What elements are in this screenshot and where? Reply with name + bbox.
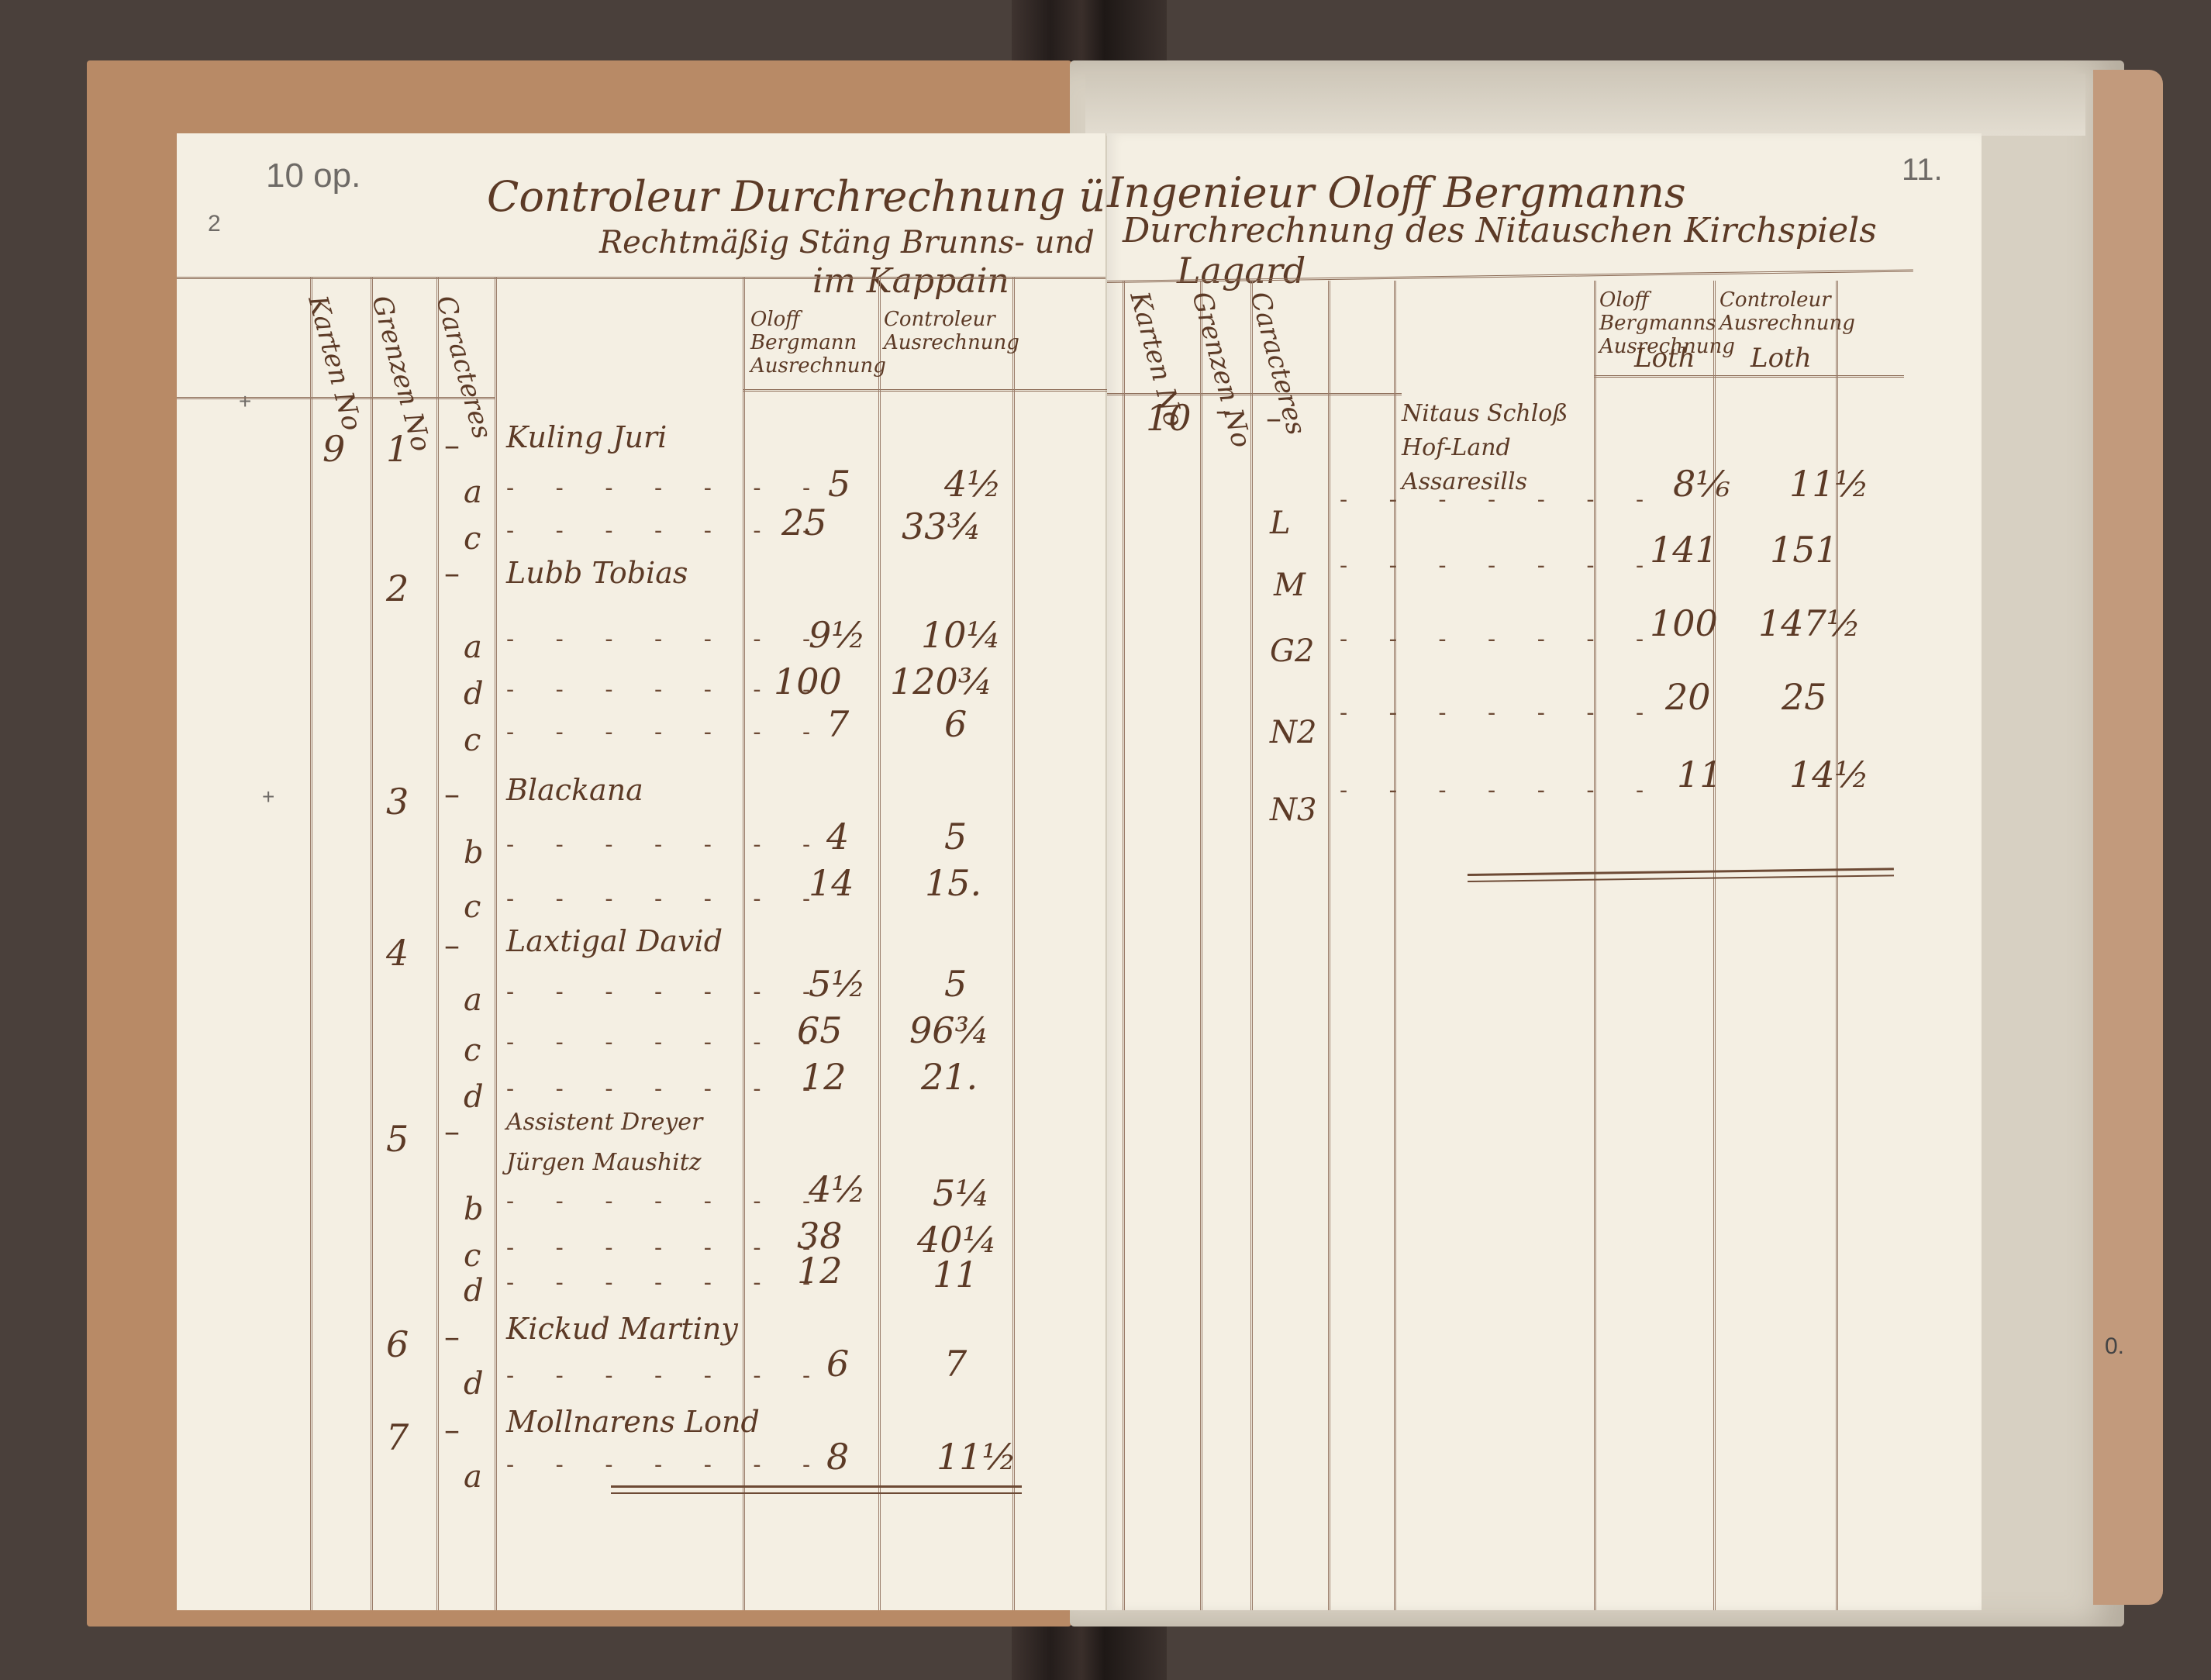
controleur-value: 10¼ [921,614,1001,656]
folio-number: 11. [1902,153,1943,188]
column-rule [1200,281,1202,1610]
margin-mark: 2 [208,211,221,237]
owner-name: Assistent Dreyer Jürgen Maushitz [506,1102,739,1183]
filler-dashes: - - - - - - - [506,1362,827,1389]
estate-name: Nitaus Schloß Hof-Land Assaresills [1402,397,1588,499]
bergmann-value: 8 [826,1436,849,1478]
folio-number: 10 op. [266,157,360,195]
filler-dashes: - - - - - - - [506,1188,827,1215]
karte-no: 9 [323,428,345,470]
caracter: d [464,1079,484,1115]
right-cover-board [2093,70,2163,1605]
caracter: G2 [1270,633,1314,669]
bergmann-value: 5½ [809,963,866,1005]
grenze-no: 2 [386,567,409,609]
right-page: 11. Ingenieur Oloff Bergmanns Durchrechn… [1107,133,1982,1610]
controleur-value: 7 [944,1343,967,1385]
header-bergmann: Oloff Bergmann Ausrechnung [750,308,874,378]
column-rule [878,277,881,1610]
owner-name: Blackana [506,773,643,807]
filler-dashes: - - - - - - - [1340,777,1661,804]
bergmann-value: 6 [826,1343,849,1385]
controleur-value: 5 [944,816,967,857]
grenze-no: 1 [386,428,409,470]
title-rule [177,277,1105,279]
bergmann-value: 8⅙ [1673,463,1730,505]
page-title-line3: im Kappain [812,261,1009,301]
bergmann-value: 4 [826,816,849,857]
caracter: c [464,521,481,557]
controleur-value: 14½ [1789,754,1869,795]
caracter: d [464,1366,484,1402]
caracter: d [464,1273,484,1309]
controleur-value: 5 [944,963,967,1005]
bergmann-value: 7 [826,703,849,745]
filler-dashes: - - - - - - - [506,517,827,544]
filler-dashes: - - - - - - - [1340,552,1661,579]
filler-dashes: - - - - - - - [1340,699,1661,726]
bergmann-value: 100 [1650,602,1718,644]
bergmann-value: 14 [809,862,854,904]
controleur-value: 15. [925,862,981,904]
filler-dashes: - - - - - - - [506,1234,827,1261]
page-title-line1: Controleur Durchrechnung über [487,172,1178,221]
owner-name: Kickud Martiny [506,1312,738,1346]
page-title-line1: Ingenieur Oloff Bergmanns [1107,168,1686,217]
filler-dashes: - - - - - - - [1340,626,1661,653]
caracter: – [444,928,460,964]
owner-name: Mollnarens Lond [506,1405,760,1439]
controleur-value: 147½ [1758,602,1861,644]
owner-name: Kuling Juri [506,420,667,454]
controleur-value: 11½ [936,1436,1016,1478]
edge-mark: 0. [2105,1333,2124,1360]
filler-dashes: - - - - - - - [506,978,827,1006]
page-stack-top-edge [1085,74,2085,136]
caracter: b [464,835,484,871]
caracter: M [1274,567,1306,603]
controleur-value: 11 [933,1254,978,1295]
caracter: – [444,1413,460,1448]
controleur-value: 96¾ [909,1009,989,1051]
filler-dashes: - - - - - - - [506,831,827,858]
header-controleur-unit: Loth [1751,343,1812,374]
caracter: c [464,723,481,758]
bergmann-value: 100 [774,661,842,702]
filler-dashes: - - - - - - - [506,1269,827,1296]
filler-dashes: - - - - - - - [506,474,827,502]
bergmann-value: 25 [781,502,827,543]
filler-dashes: - - - - - - - [1340,486,1661,513]
controleur-value: 33¾ [902,505,981,547]
grenze-no: 4 [386,932,409,974]
bergmann-value: 4½ [809,1168,866,1210]
bergmann-value: 5 [828,463,850,505]
karte-no: 10 [1146,397,1192,439]
caracter: a [464,630,482,665]
header-rule [1594,375,1904,378]
column-rule [1394,281,1396,1610]
controleur-value: 151 [1770,529,1838,571]
caracter: L [1270,505,1291,541]
controleur-value: 5¼ [933,1172,990,1214]
caracter: – [1266,401,1281,436]
closing-rule [611,1485,1022,1494]
column-rule [371,277,373,1610]
filler-dashes: - - - - - - - [506,719,827,746]
column-rule [1594,281,1596,1610]
caracter: c [464,889,481,925]
caracter: – [444,1114,460,1150]
caracter: – [444,1320,460,1355]
grenze-no: 7 [386,1416,409,1458]
column-rule [436,277,439,1610]
filler-dashes: - - - - - - - [506,1029,827,1056]
caracter: N3 [1270,792,1316,828]
caracter: a [464,474,482,510]
page-title-line2: Rechtmäßig Stäng Brunns- und [599,225,1095,260]
filler-dashes: - - - - - - - [506,626,827,653]
margin-mark: + [262,785,274,809]
column-rule [1012,277,1015,1610]
page-title-line2: Durchrechnung des Nitauschen Kirchspiels [1123,211,1877,250]
caracter: – [444,428,460,464]
filler-dashes: - - - - - - - [506,885,827,912]
controleur-value: 6 [944,703,967,745]
caracter: – [444,556,460,592]
filler-dashes: - - - - - - - [506,1075,827,1102]
bergmann-value: 12 [801,1056,847,1098]
column-rule [495,277,497,1610]
caracter: c [464,1033,481,1068]
caracter: b [464,1192,484,1227]
bergmann-value: 20 [1665,676,1711,718]
controleur-value: 21. [921,1056,978,1098]
header-controleur: Controleur Ausrechnung [1719,288,1836,335]
caracter: c [464,1238,481,1274]
controleur-value: 4½ [944,463,1002,505]
page-title-line3: Lagard [1177,250,1306,291]
bergmann-value: 12 [797,1250,843,1292]
caracter: – [444,777,460,812]
caracter: a [464,1459,482,1495]
owner-name: Laxtigal David [506,924,723,958]
bergmann-value: 141 [1650,529,1718,571]
filler-dashes: - - - - - - - [506,1451,827,1478]
column-rule [1123,281,1125,1610]
bergmann-value: 11 [1677,754,1723,795]
controleur-value: 25 [1782,676,1827,718]
grenze-no: 6 [386,1323,409,1365]
column-rule [310,277,312,1610]
bergmann-value: 9½ [809,614,866,656]
header-controleur: Controleur Ausrechnung [884,308,1008,354]
closing-rule [1468,868,1894,882]
owner-name: Lubb Tobias [506,556,688,590]
grenze-no: 5 [386,1118,409,1160]
bergmann-value: 65 [797,1009,843,1051]
caracter: a [464,982,482,1018]
caracter: d [464,676,484,712]
caracter: N2 [1270,715,1316,750]
grenze-no: – [1216,393,1231,429]
controleur-value: 11½ [1789,463,1869,505]
grenze-no: 3 [386,781,409,823]
header-bergmann-unit: Loth [1634,343,1695,374]
header-rule [743,389,1107,392]
column-rule [1328,281,1330,1610]
column-rule [1250,281,1253,1610]
margin-mark: + [239,389,251,414]
header-caracteres: Caracteres [429,292,498,442]
left-page: 10 op. 2 + + Controleur Durchrechnung üb… [177,133,1106,1610]
controleur-value: 120¾ [890,661,992,702]
